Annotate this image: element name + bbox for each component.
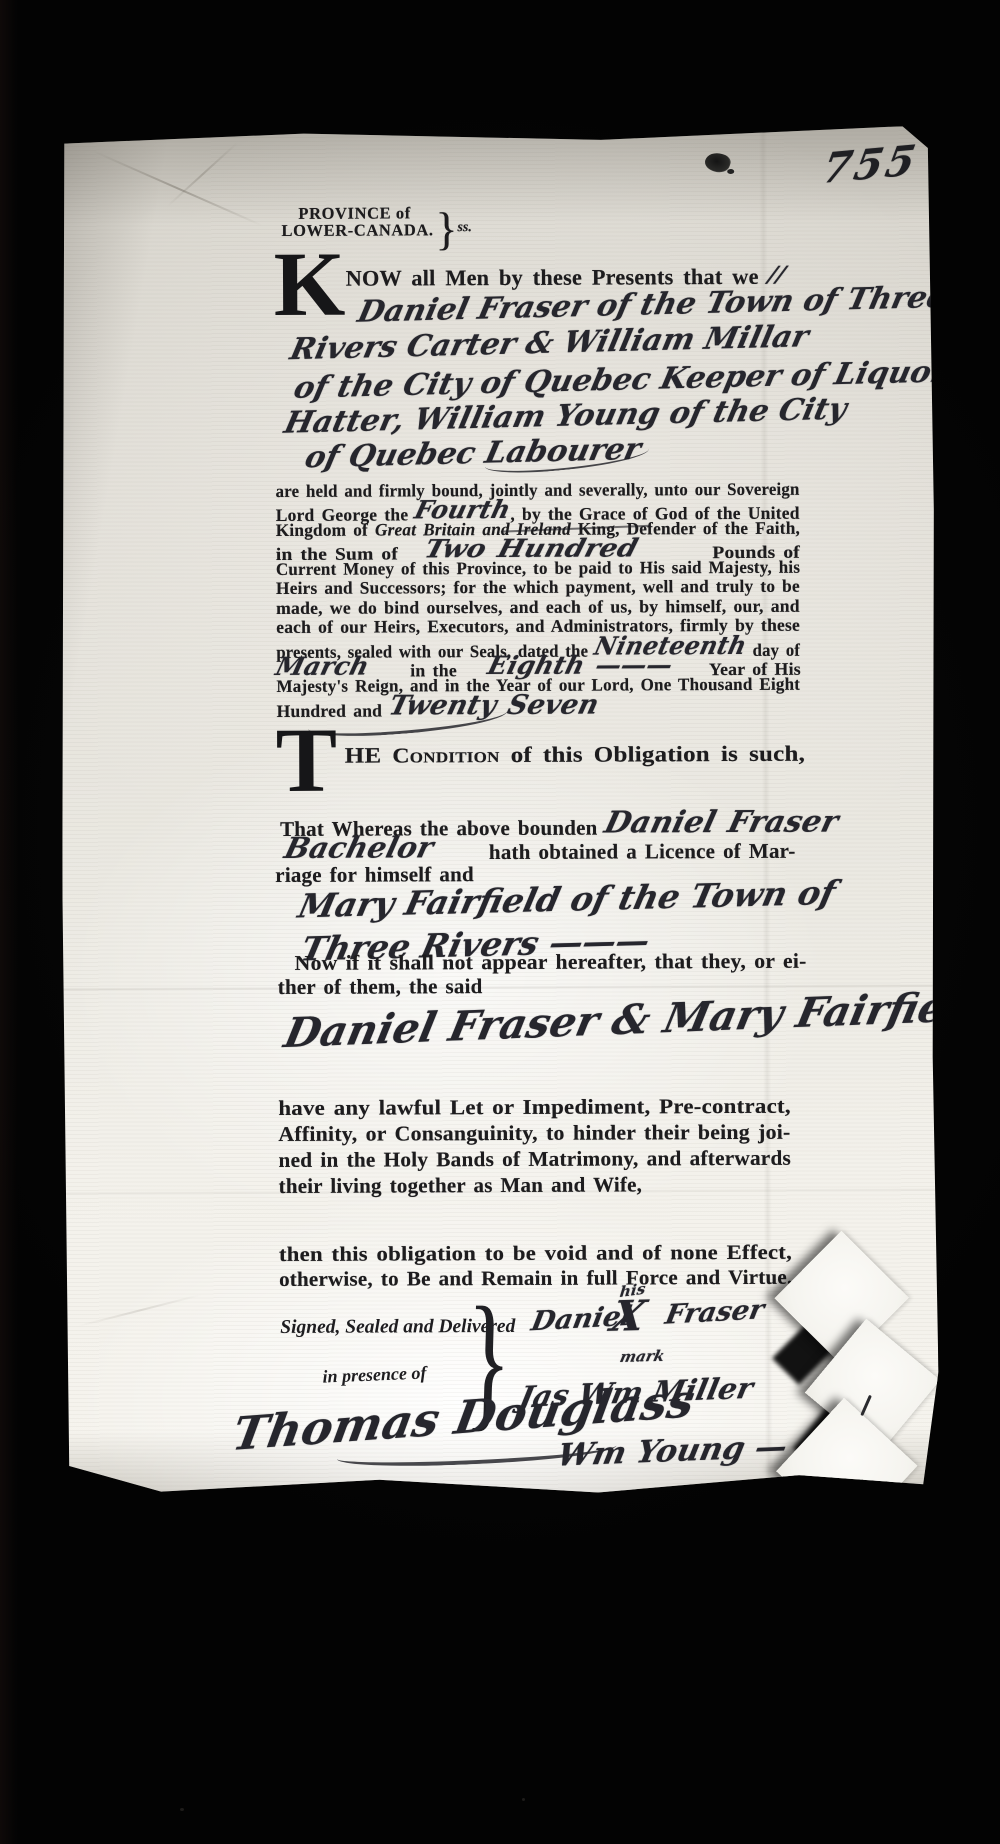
condition-line-11: ned in the Holy Bands of Matrimony, and … bbox=[278, 1146, 791, 1173]
corner-crease bbox=[93, 150, 263, 226]
film-speck bbox=[522, 1798, 525, 1801]
document-paper: 755 PROVINCE of LOWER-CANADA. } ss. K NO… bbox=[59, 126, 939, 1499]
header-ss-abbrev: ss. bbox=[457, 220, 471, 236]
film-speck bbox=[180, 1808, 184, 1811]
signature-x-mark: X bbox=[607, 1291, 651, 1341]
condition-line-10: Affinity, or Consanguinity, to hinder th… bbox=[278, 1120, 790, 1147]
mark-label-mark: mark bbox=[618, 1347, 666, 1366]
signature-daniel-last: Fraser bbox=[663, 1294, 767, 1330]
dropcap-t: T bbox=[276, 727, 338, 793]
document-photo: 755 PROVINCE of LOWER-CANADA. } ss. K NO… bbox=[0, 0, 1000, 1844]
province-header-line1: PROVINCE of bbox=[298, 204, 433, 222]
condition-line-6: Now if it shall not appear hereafter, th… bbox=[295, 949, 807, 976]
condition-heading: HE Condition of this Obligation is such, bbox=[345, 741, 805, 769]
seal-pen-mark bbox=[853, 1479, 865, 1496]
closing-line-2: otherwise, to Be and Remain in full Forc… bbox=[279, 1267, 792, 1292]
handwritten-status: Bachelor bbox=[282, 833, 437, 863]
condition-line-12: their living together as Man and Wife, bbox=[279, 1172, 643, 1199]
printed-text: hath obtained a Licence of Mar- bbox=[489, 839, 796, 864]
condition-line-7: ther of them, the said bbox=[278, 974, 483, 1000]
closing-line-1: then this obligation to be void and of n… bbox=[279, 1242, 792, 1267]
handwritten-flourish: // bbox=[766, 264, 788, 286]
header-brace: } bbox=[435, 202, 457, 255]
printed-text: Kingdom of bbox=[276, 520, 368, 540]
corner-crease bbox=[76, 1294, 202, 1328]
dropcap-k: K bbox=[274, 251, 346, 317]
printed-text: of this Obligation is such, bbox=[511, 741, 805, 767]
corner-crease bbox=[167, 142, 239, 207]
page-number: 755 bbox=[819, 136, 923, 194]
ink-blot-dot bbox=[727, 169, 734, 174]
printed-smallcaps-text: Condition bbox=[392, 743, 499, 767]
condition-line-2: Bachelorhath obtained a Licence of Mar- bbox=[285, 834, 796, 866]
condition-line-9: have any lawful Let or Impediment, Pre-c… bbox=[278, 1094, 791, 1121]
printed-text: HE bbox=[345, 743, 382, 768]
attestation-line-2: in presence of bbox=[322, 1363, 427, 1388]
